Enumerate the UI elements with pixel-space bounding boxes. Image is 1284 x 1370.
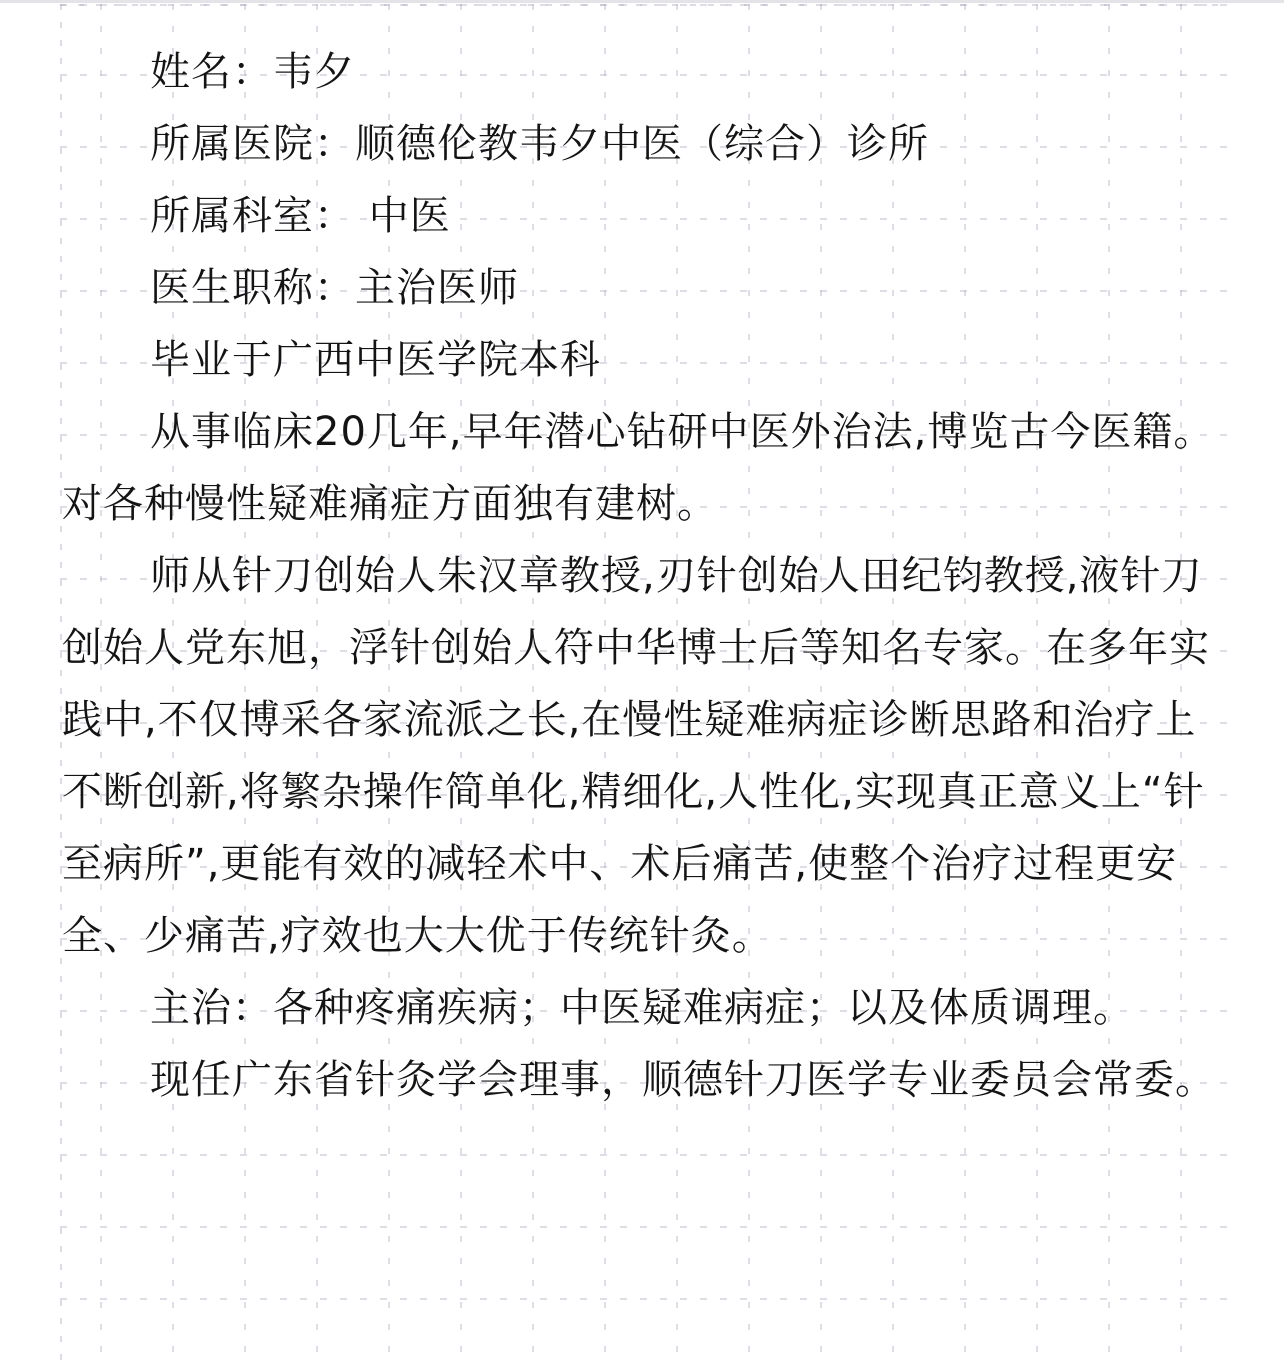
field-title: 医生职称：主治医师 bbox=[62, 252, 1222, 324]
field-name: 姓名：韦夕 bbox=[62, 36, 1222, 108]
field-label: 所属医院： bbox=[150, 121, 355, 167]
paragraph-training: 师从针刀创始人朱汉章教授,刃针创始人田纪钧教授,液针刀创始人党东旭，浮针创始人符… bbox=[62, 540, 1222, 972]
paragraph-specialties: 主治：各种疼痛疾病；中医疑难病症；以及体质调理。 bbox=[62, 972, 1222, 1044]
field-value: 中医 bbox=[355, 193, 451, 239]
field-value: 主治医师 bbox=[355, 265, 519, 311]
field-label: 医生职称： bbox=[150, 265, 355, 311]
field-hospital: 所属医院：顺德伦教韦夕中医（综合）诊所 bbox=[62, 108, 1222, 180]
field-value: 顺德伦教韦夕中医（综合）诊所 bbox=[355, 121, 929, 167]
paragraph-positions: 现任广东省针灸学会理事，顺德针刀医学专业委员会常委。 bbox=[62, 1044, 1222, 1116]
doctor-profile: 姓名：韦夕 所属医院：顺德伦教韦夕中医（综合）诊所 所属科室： 中医 医生职称：… bbox=[62, 36, 1222, 1116]
paragraph-experience: 从事临床20几年,早年潜心钻研中医外治法,博览古今医籍。对各种慢性疑难痛症方面独… bbox=[62, 396, 1222, 540]
top-border bbox=[0, 0, 1284, 3]
field-department: 所属科室： 中医 bbox=[62, 180, 1222, 252]
field-label: 姓名： bbox=[150, 49, 273, 95]
paragraph-education: 毕业于广西中医学院本科 bbox=[62, 324, 1222, 396]
field-label: 所属科室： bbox=[150, 193, 355, 239]
field-value: 韦夕 bbox=[273, 49, 355, 95]
